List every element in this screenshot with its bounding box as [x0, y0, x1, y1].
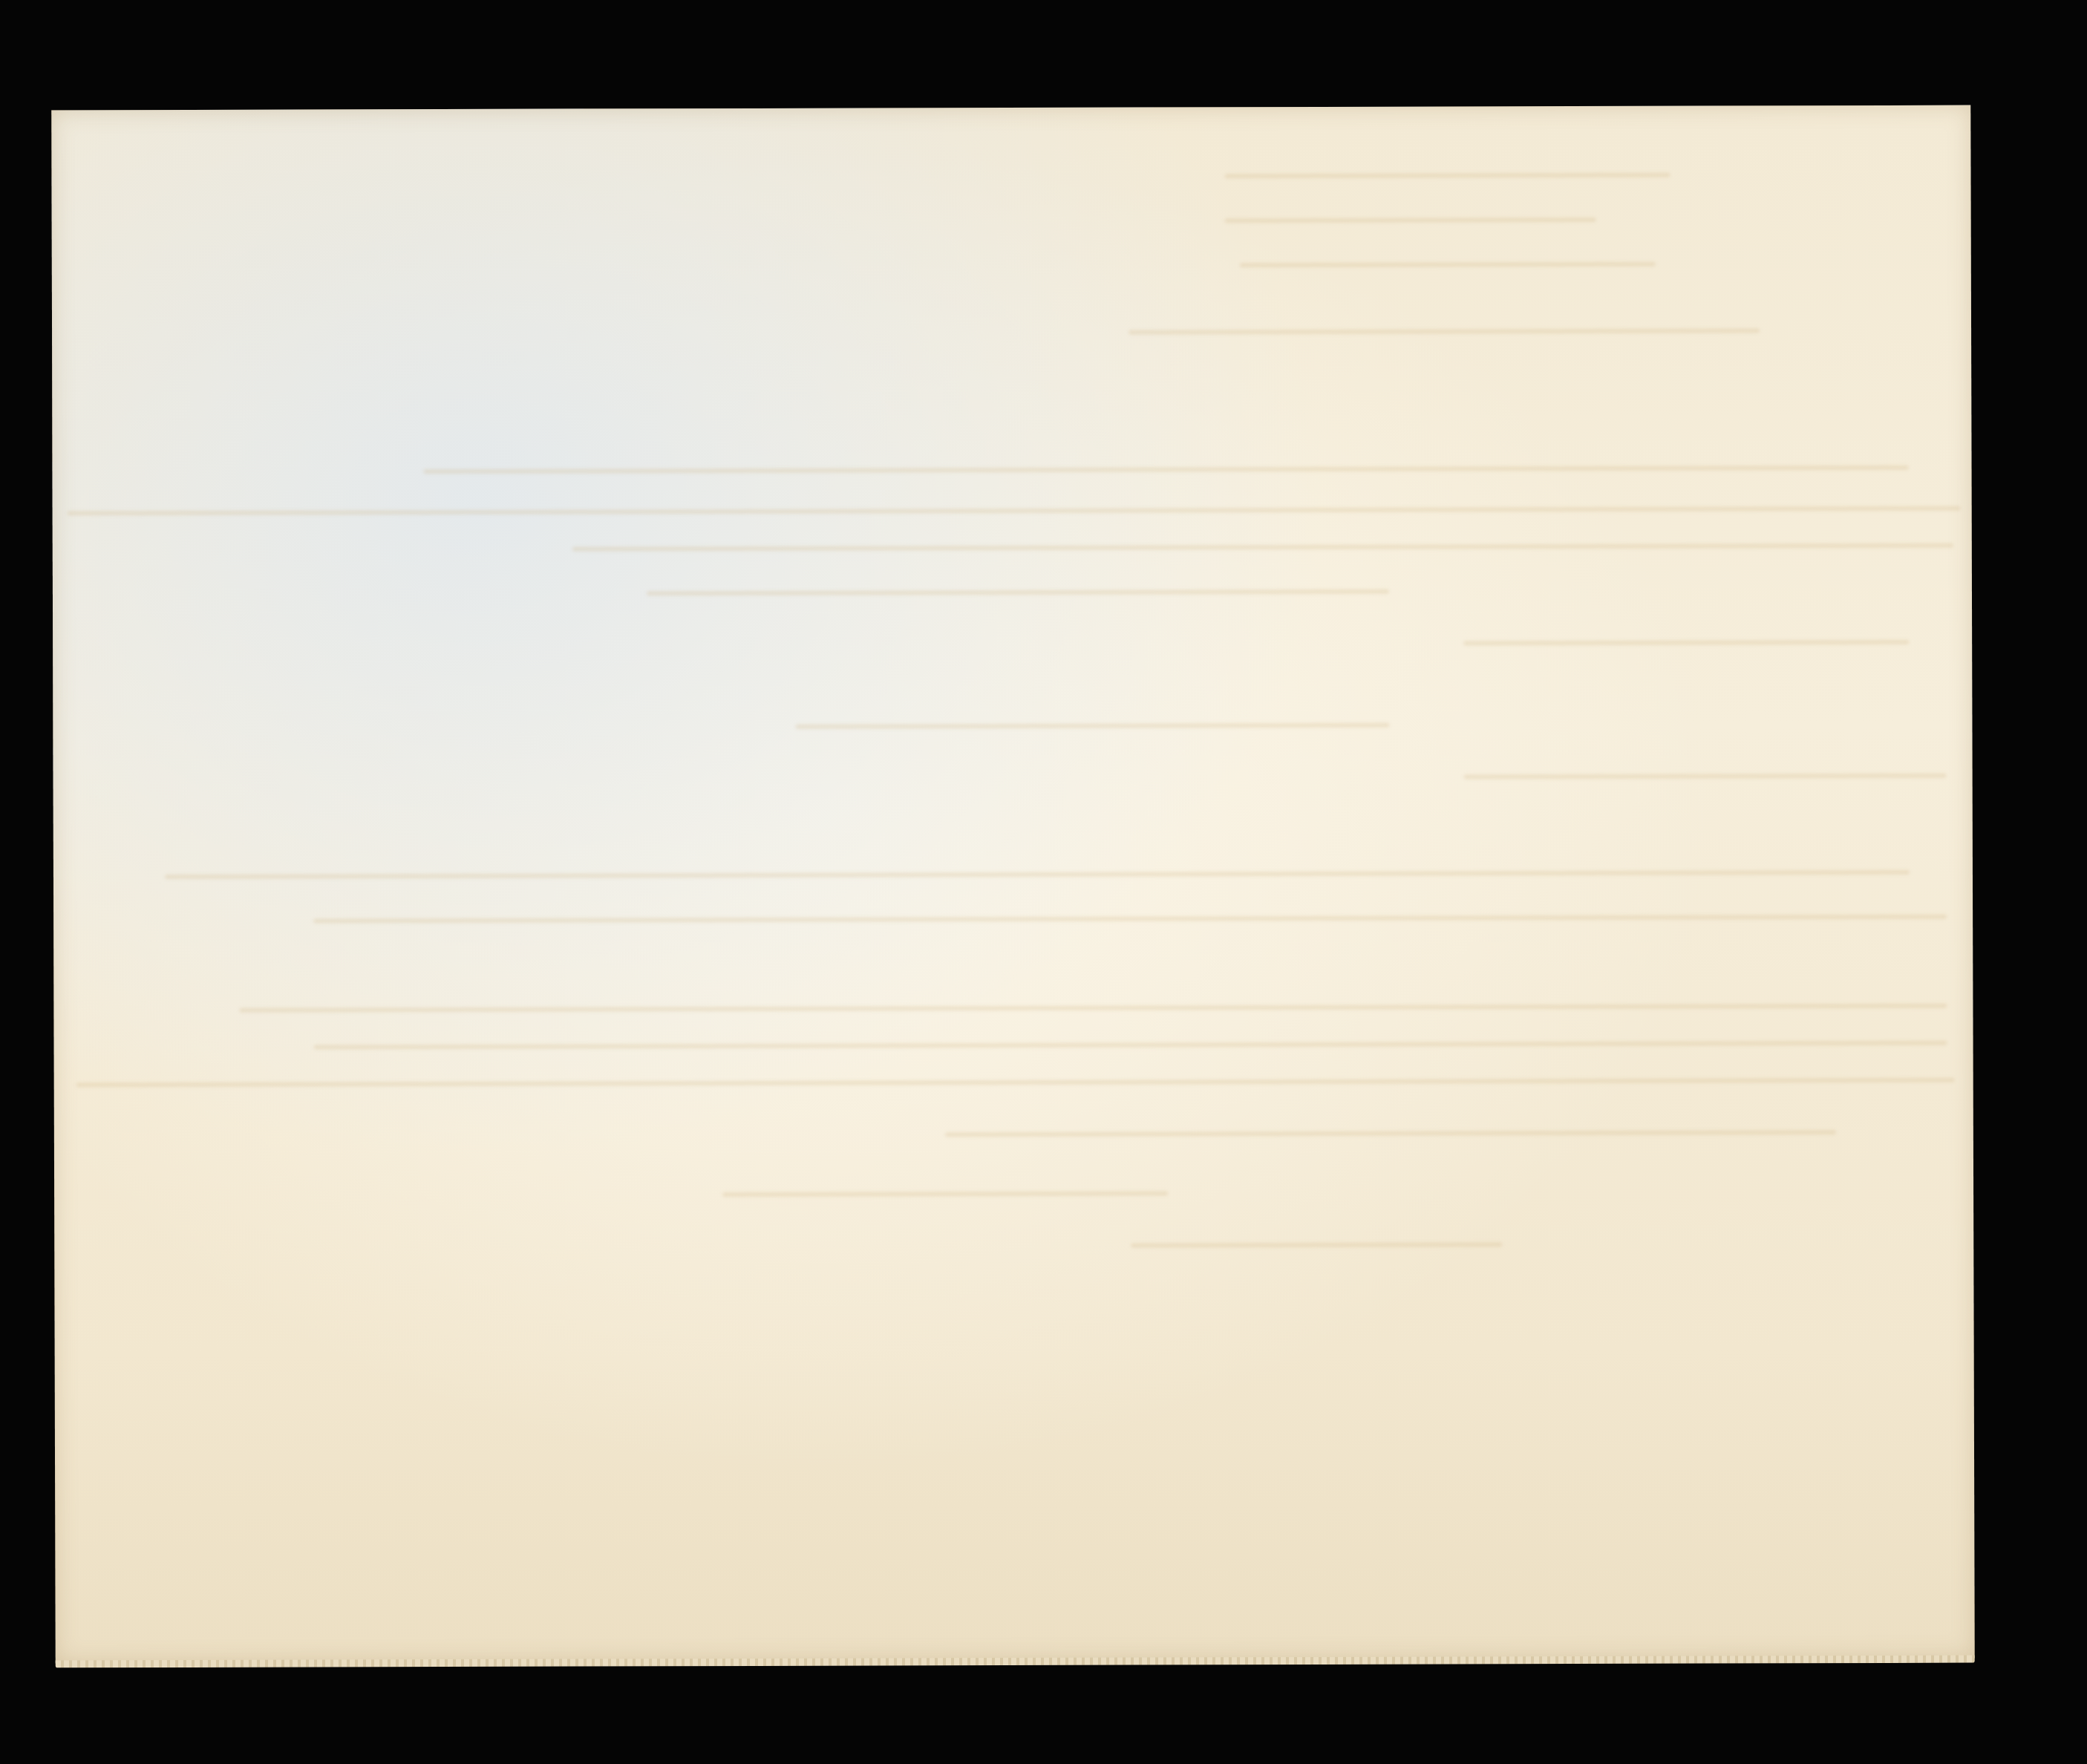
bleed-through-line: [76, 1078, 1955, 1088]
sheet-description: Back side of an aged paper sheet, blank …: [51, 110, 52, 111]
bleed-through-line: [647, 589, 1389, 596]
bleed-through-line: [68, 506, 1961, 516]
bleed-through-line: [945, 1130, 1836, 1137]
paper-sheet: Back side of an aged paper sheet, blank …: [51, 105, 1974, 1664]
bleed-through-line: [1240, 262, 1656, 267]
bleed-through-line: [722, 1191, 1168, 1197]
bleed-through-line: [239, 1004, 1947, 1013]
bleed-through-line: [1129, 328, 1760, 334]
bleed-through-line: [1463, 640, 1909, 646]
bleed-through-line: [572, 543, 1953, 552]
bleed-through-line: [1464, 774, 1947, 780]
bleed-through-line: [1224, 173, 1670, 179]
bleed-through-line: [1131, 1242, 1502, 1247]
bleed-through-line: [795, 723, 1389, 729]
bleed-through-line: [165, 870, 1910, 879]
bleed-through-line: [1225, 218, 1596, 223]
bleed-through-line: [424, 465, 1909, 474]
bleed-through-line: [313, 915, 1947, 924]
bleed-through-line: [314, 1041, 1947, 1050]
